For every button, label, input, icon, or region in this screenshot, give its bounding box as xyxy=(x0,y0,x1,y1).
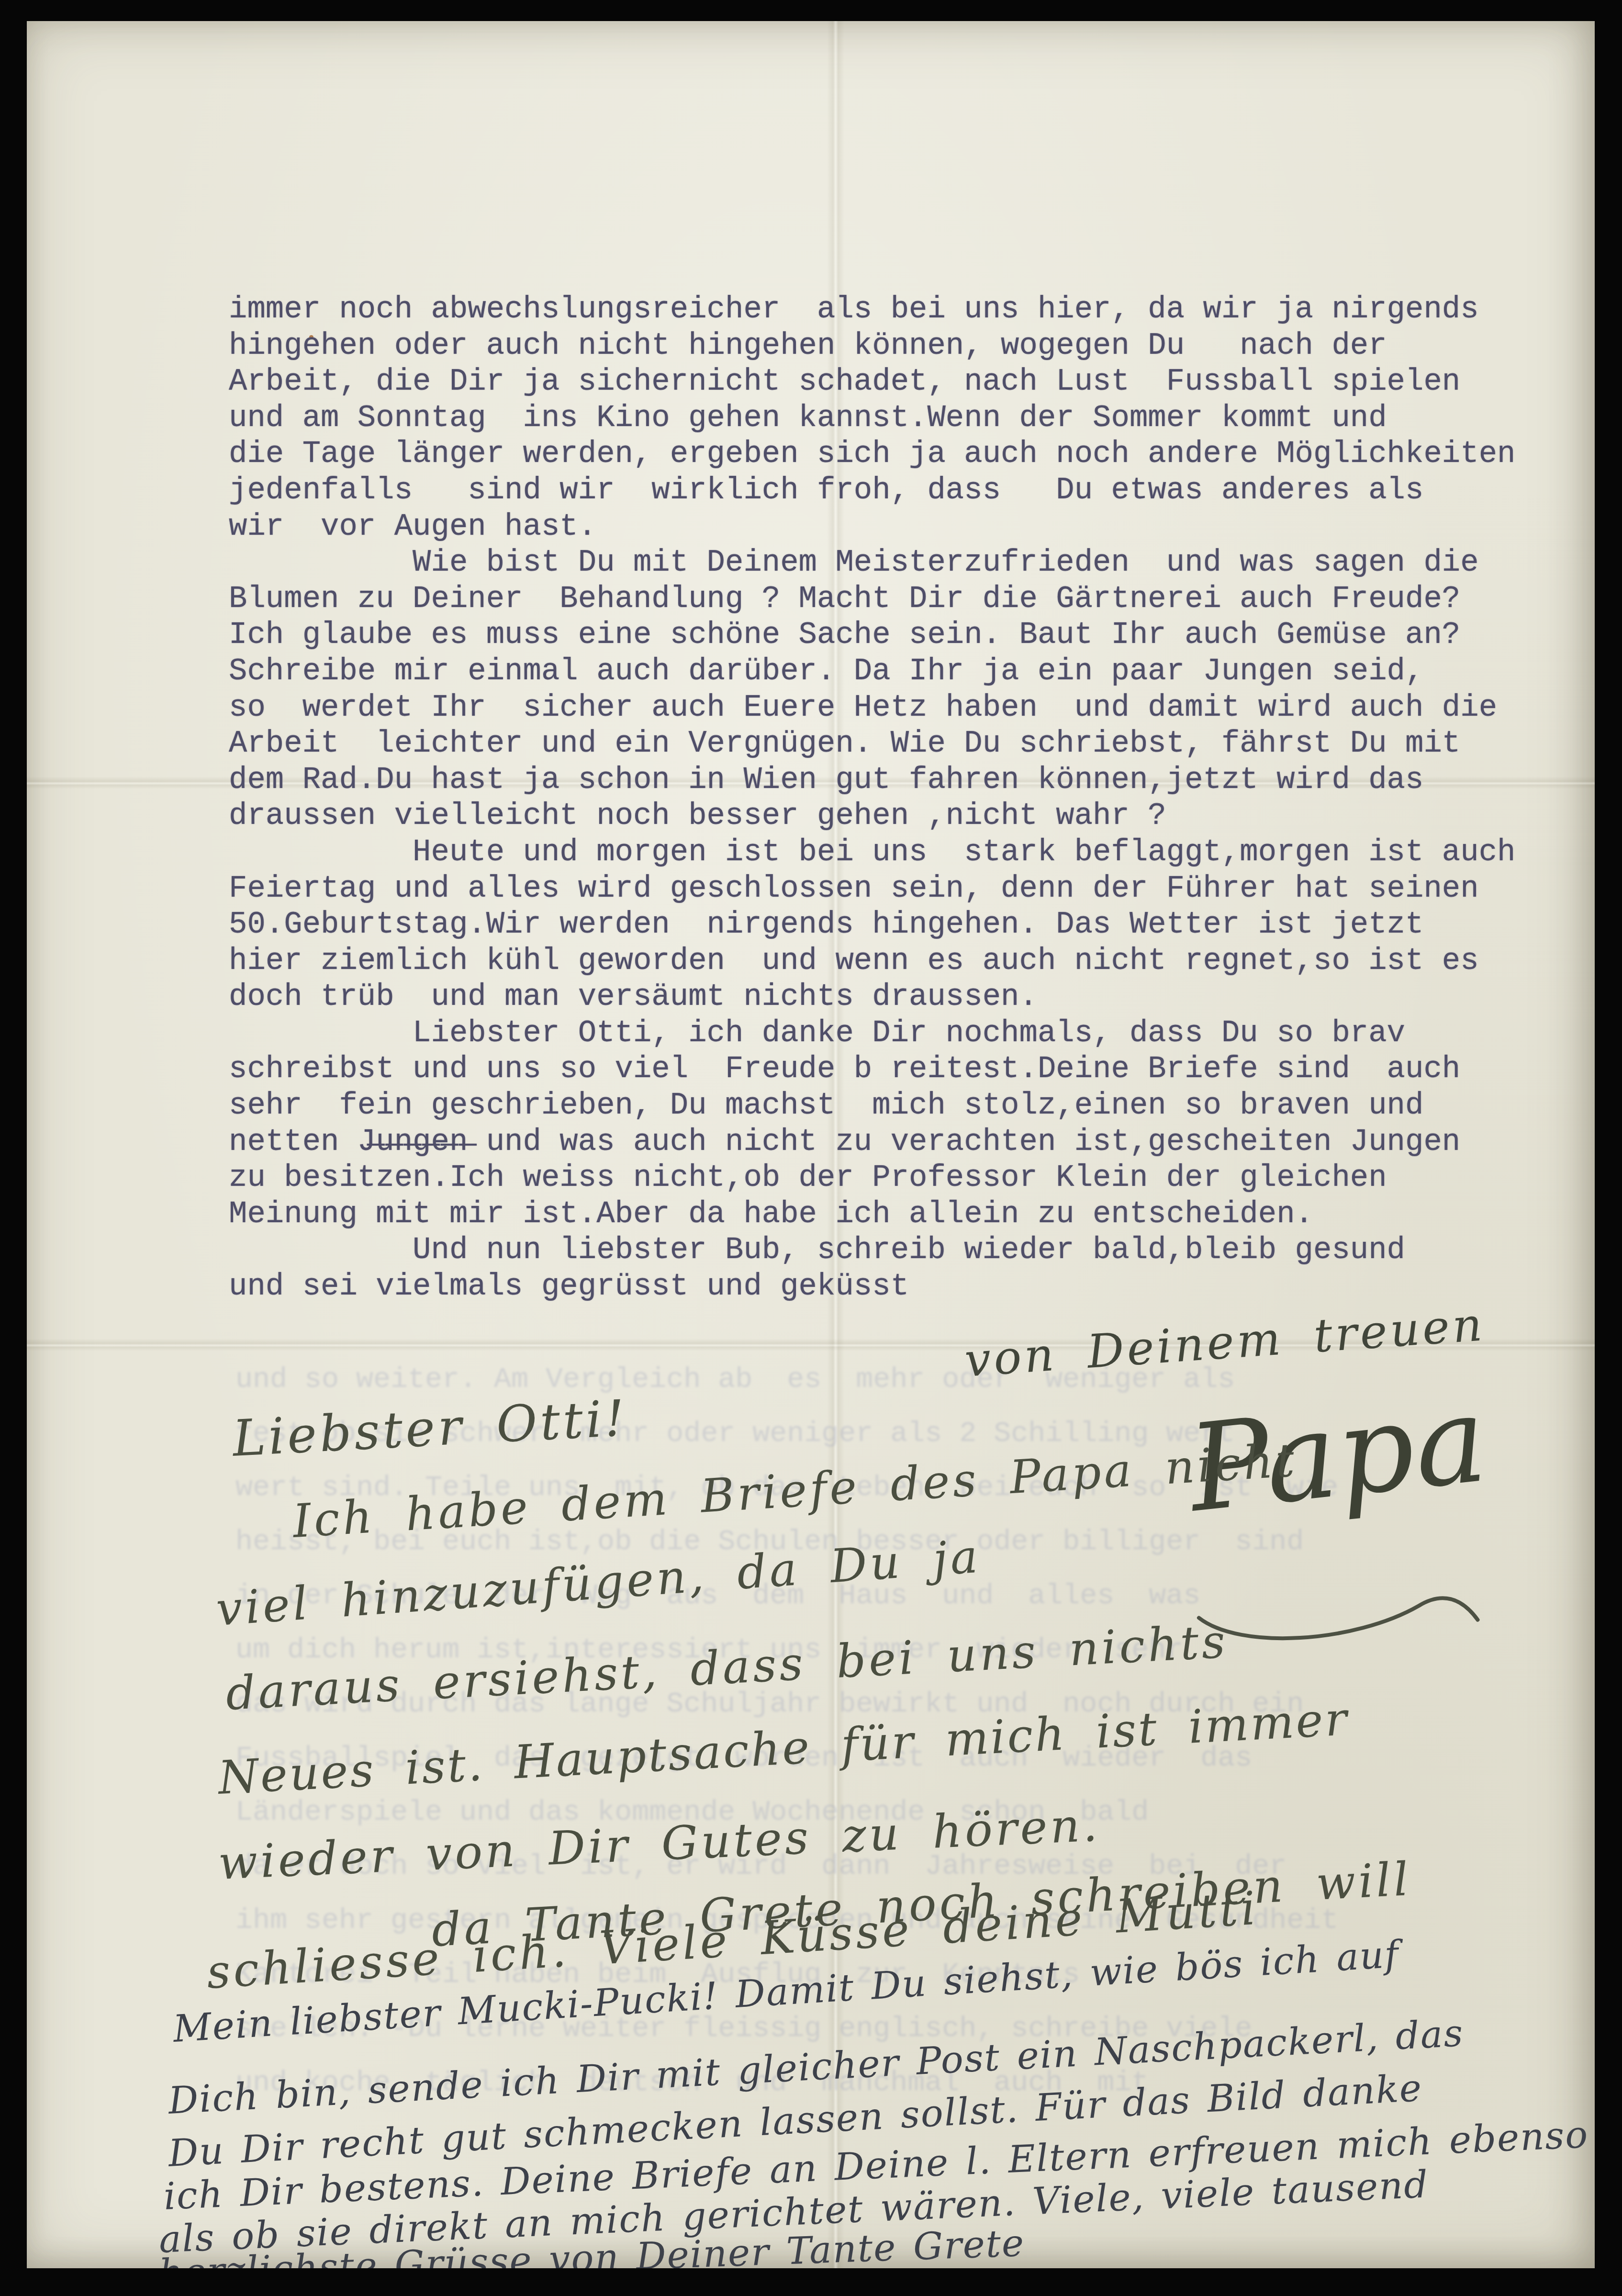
typed-letter-line: draussen vielleicht noch besser gehen ,n… xyxy=(229,799,1515,835)
typed-letter-line: sehr fein geschrieben, Du machst mich st… xyxy=(229,1088,1515,1125)
typed-letter-line: Wie bist Du mit Deinem Meisterzufrieden … xyxy=(229,545,1515,582)
typed-letter-line: und am Sonntag ins Kino gehen kannst.Wen… xyxy=(229,401,1515,437)
typed-letter-line: 50.Geburtstag.Wir werden nirgends hingeh… xyxy=(229,907,1515,944)
typed-letter-line: doch trüb und man versäumt nichts drauss… xyxy=(229,979,1515,1016)
typed-letter-line: und sei vielmals gegrüsst und geküsst xyxy=(229,1269,1515,1306)
typed-letter-line: Arbeit leichter und ein Vergnügen. Wie D… xyxy=(229,726,1515,763)
typed-letter-line: hingehen oder auch nicht hingehen können… xyxy=(229,328,1515,365)
typed-letter-line: netten J̶u̶n̶g̶e̶n̶ und was auch nicht z… xyxy=(229,1125,1515,1161)
typed-letter-line: so werdet Ihr sicher auch Euere Hetz hab… xyxy=(229,690,1515,727)
typed-letter-line: Blumen zu Deiner Behandlung ? Macht Dir … xyxy=(229,582,1515,618)
typed-letter-line: Feiertag und alles wird geschlossen sein… xyxy=(229,871,1515,908)
typed-letter-line: Liebster Otti, ich danke Dir nochmals, d… xyxy=(229,1016,1515,1052)
typed-letter-line: schreibst und uns so viel Freude b reite… xyxy=(229,1052,1515,1088)
typed-letter-line: dem Rad.Du hast ja schon in Wien gut fah… xyxy=(229,763,1515,799)
typed-letter-line: Heute und morgen ist bei uns stark befla… xyxy=(229,835,1515,871)
typed-letter-line: Und nun liebster Bub, schreib wieder bal… xyxy=(229,1233,1515,1269)
typed-letter-line: immer noch abwechslungsreicher als bei u… xyxy=(229,292,1515,328)
typed-letter-line: wir vor Augen hast. xyxy=(229,509,1515,546)
typed-letter-body: immer noch abwechslungsreicher als bei u… xyxy=(229,292,1515,1306)
typed-letter-line: hier ziemlich kühl geworden und wenn es … xyxy=(229,944,1515,980)
typed-letter-line: Meinung mit mir ist.Aber da habe ich all… xyxy=(229,1197,1515,1233)
typed-letter-line: Arbeit, die Dir ja sichernicht schadet, … xyxy=(229,364,1515,401)
typed-letter-line: jedenfalls sind wir wirklich froh, dass … xyxy=(229,473,1515,509)
typed-letter-line: die Tage länger werden, ergeben sich ja … xyxy=(229,437,1515,473)
typed-letter-line: Schreibe mir einmal auch darüber. Da Ihr… xyxy=(229,654,1515,690)
typed-letter-line: zu besitzen.Ich weiss nicht,ob der Profe… xyxy=(229,1160,1515,1197)
scan-background: und so weiter. Am Vergleich ab es mehr o… xyxy=(0,0,1622,2296)
typed-letter-line: Ich glaube es muss eine schöne Sache sei… xyxy=(229,618,1515,654)
letter-page: und so weiter. Am Vergleich ab es mehr o… xyxy=(27,21,1595,2268)
